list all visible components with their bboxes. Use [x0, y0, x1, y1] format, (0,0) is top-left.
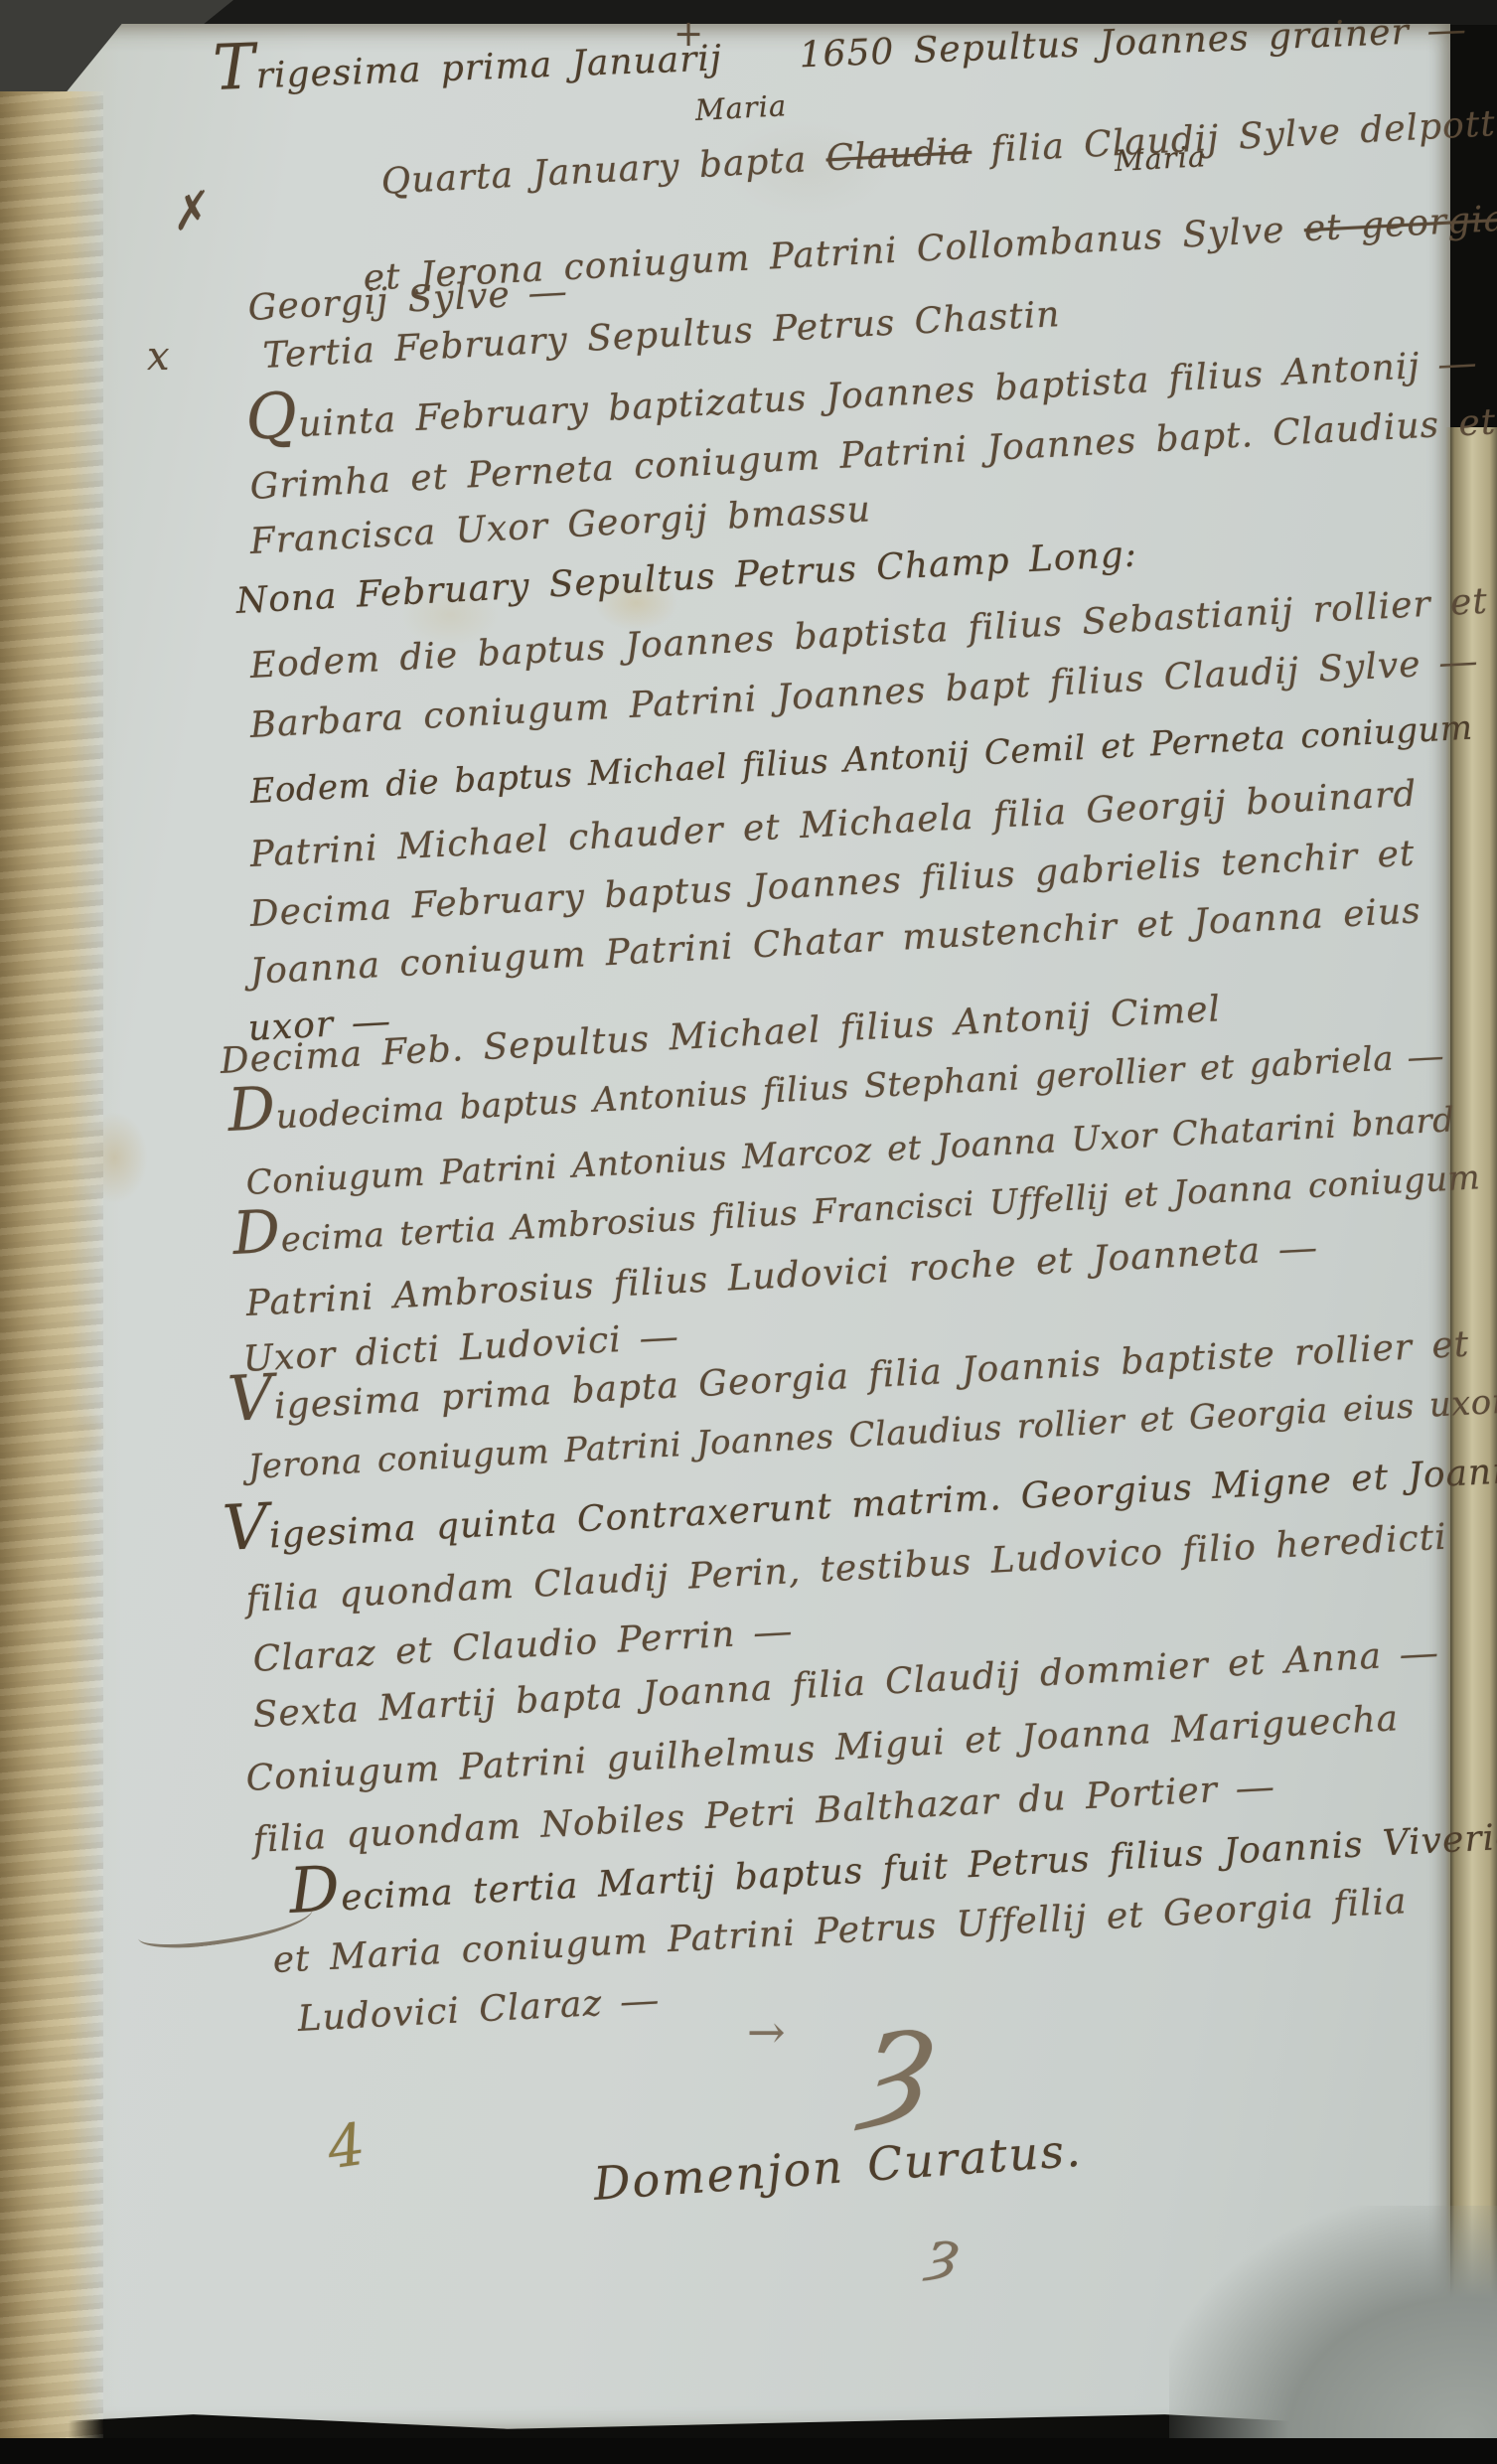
large-flourish: Ȝ — [855, 2006, 938, 2142]
entry-text: Quarta January bapta — [380, 139, 827, 203]
priest-signature: Domenjon Curatus. — [592, 2124, 1084, 2211]
struck-word: et georgia — [1303, 199, 1497, 250]
manuscript-photo: + Trigesima prima Januarij 1650 Sepultus… — [0, 0, 1497, 2464]
interlinear-correction: Maria — [1114, 140, 1207, 178]
margin-cross-mark: x — [147, 334, 170, 380]
struck-word: Claudia — [825, 131, 973, 180]
ink-blot-mark: 4 — [323, 2110, 369, 2182]
margin-cross-mark: ✗ — [163, 181, 213, 242]
handwriting-layer: + Trigesima prima Januarij 1650 Sepultus… — [0, 0, 1497, 2464]
signature-flourish: ȝ — [924, 2216, 963, 2287]
arrow-flourish: → — [747, 2005, 786, 2059]
manuscript-line: Ludovici Claraz ― — [297, 1980, 660, 2040]
